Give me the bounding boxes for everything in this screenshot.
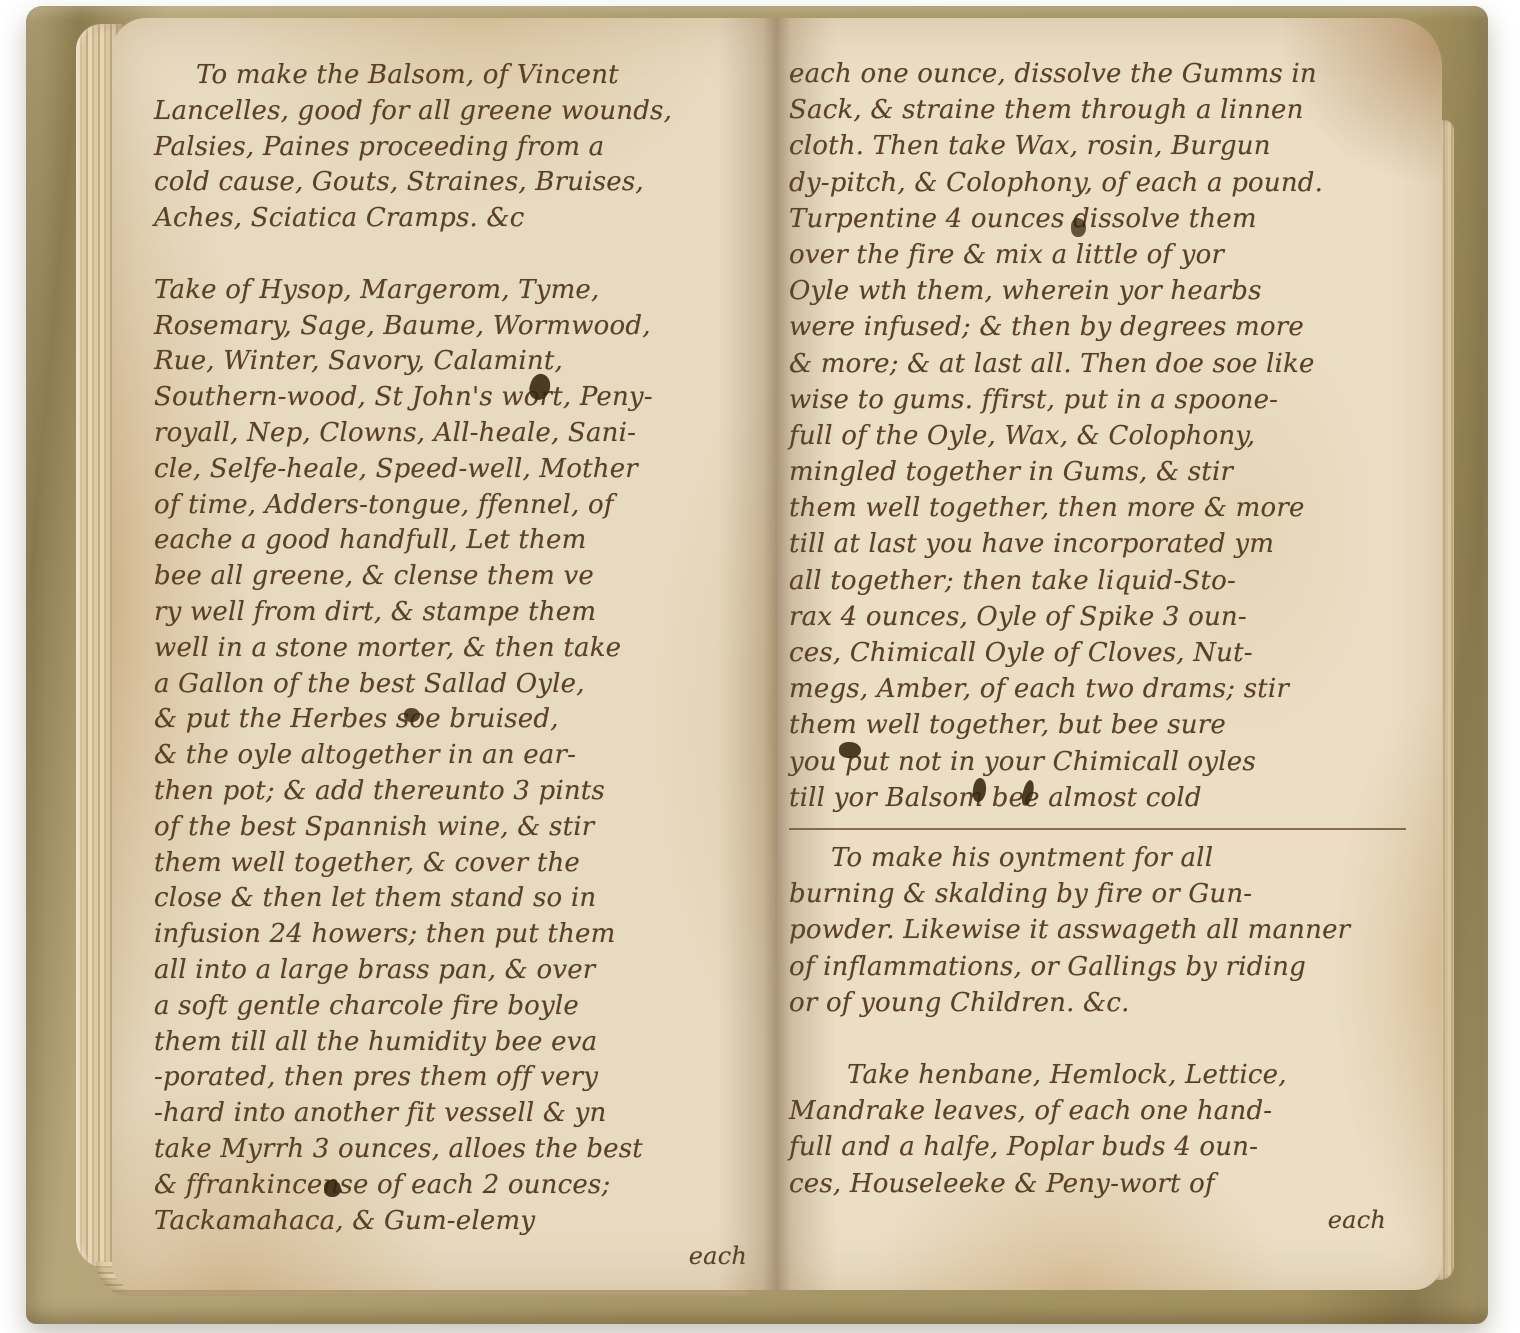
manuscript-line: you put not in your Chimicall oyles [789, 744, 1416, 780]
section-divider [789, 828, 1406, 830]
manuscript-line: ry well from dirt, & stampe them [154, 595, 777, 631]
left-page-text: To make the Balsom, of Vincent Lancelles… [154, 58, 777, 1275]
catchword: each [789, 1202, 1416, 1238]
manuscript-line: dy-pitch, & Colophony, of each a pound. [789, 165, 1416, 201]
photo-background: To make the Balsom, of Vincent Lancelles… [0, 0, 1520, 1333]
manuscript-line: full and a halfe, Poplar buds 4 oun- [789, 1129, 1416, 1165]
manuscript-line: a soft gentle charcole fire boyle [154, 989, 777, 1025]
manuscript-line: till at last you have incorporated ym [789, 526, 1416, 562]
manuscript-line: Tackamahaca, & Gum-elemy [154, 1204, 777, 1240]
manuscript-line: cle, Selfe-heale, Speed-well, Mother [154, 452, 777, 488]
manuscript-line: mingled together in Gums, & stir [789, 454, 1416, 490]
manuscript-line: Sack, & straine them through a linnen [789, 92, 1416, 128]
ink-blot [1071, 218, 1086, 237]
manuscript-line: close & then let them stand so in [154, 881, 777, 917]
manuscript-line: all together; then take liquid-Sto- [789, 563, 1416, 599]
manuscript-line: were infused; & then by degrees more [789, 309, 1416, 345]
manuscript-line: eache a good handfull, Let them [154, 523, 777, 559]
ink-blot [404, 708, 420, 722]
manuscript-line: Take henbane, Hemlock, Lettice, [789, 1057, 1416, 1093]
recipe-heading-line: burning & skalding by fire or Gun- [789, 876, 1416, 912]
manuscript-line: Oyle wth them, wherein yor hearbs [789, 273, 1416, 309]
manuscript-line: ces, Chimicall Oyle of Cloves, Nut- [789, 635, 1416, 671]
manuscript-line: then pot; & add thereunto 3 pints [154, 774, 777, 810]
ink-blot [324, 1180, 341, 1197]
manuscript-line: Turpentine 4 ounces dissolve them [789, 201, 1416, 237]
manuscript-line: Rue, Winter, Savory, Calamint, [154, 344, 777, 380]
recipe-heading-line: Aches, Sciatica Cramps. &c [154, 201, 777, 237]
manuscript-line: full of the Oyle, Wax, & Colophony, [789, 418, 1416, 454]
manuscript-line: all into a large brass pan, & over [154, 953, 777, 989]
manuscript-line: well in a stone morter, & then take [154, 631, 777, 667]
manuscript-line: over the fire & mix a little of yor [789, 237, 1416, 273]
right-page-text: each one ounce, dissolve the Gumms in Sa… [789, 56, 1416, 1238]
manuscript-line: & put the Herbes soe bruised, [154, 702, 777, 738]
manuscript-line: infusion 24 howers; then put them [154, 917, 777, 953]
manuscript-line: each one ounce, dissolve the Gumms in [789, 56, 1416, 92]
blank-line [789, 1021, 1416, 1057]
manuscript-line: them well together, but bee sure [789, 707, 1416, 743]
manuscript-line: rax 4 ounces, Oyle of Spike 3 oun- [789, 599, 1416, 635]
manuscript-line: Rosemary, Sage, Baume, Wormwood, [154, 309, 777, 345]
manuscript-line: & more; & at last all. Then doe soe like [789, 346, 1416, 382]
catchword: each [154, 1239, 777, 1275]
recipe-heading-line: cold cause, Gouts, Straines, Bruises, [154, 165, 777, 201]
left-page: To make the Balsom, of Vincent Lancelles… [112, 18, 777, 1290]
manuscript-line: bee all greene, & clense them ve [154, 559, 777, 595]
ink-blot [839, 742, 861, 758]
recipe-heading-line: powder. Likewise it asswageth all manner [789, 912, 1416, 948]
manuscript-line: them till all the humidity bee eva [154, 1025, 777, 1061]
manuscript-line: Take of Hysop, Margerom, Tyme, [154, 273, 777, 309]
recipe-heading-line: To make his oyntment for all [789, 840, 1416, 876]
manuscript-line: megs, Amber, of each two drams; stir [789, 671, 1416, 707]
manuscript-line: -hard into another fit vessell & yn [154, 1096, 777, 1132]
manuscript-line: take Myrrh 3 ounces, alloes the best [154, 1132, 777, 1168]
manuscript-line: wise to gums. ffirst, put in a spoone- [789, 382, 1416, 418]
manuscript-line: Mandrake leaves, of each one hand- [789, 1093, 1416, 1129]
manuscript-line: ces, Houseleeke & Peny-wort of [789, 1166, 1416, 1202]
recipe-heading-line: Palsies, Paines proceeding from a [154, 130, 777, 166]
blank-line [154, 237, 777, 273]
manuscript-line: -porated, then pres them off very [154, 1060, 777, 1096]
manuscript-line: of the best Spannish wine, & stir [154, 810, 777, 846]
recipe-heading-line: To make the Balsom, of Vincent [154, 58, 777, 94]
recipe-heading-line: Lancelles, good for all greene wounds, [154, 94, 777, 130]
recipe-heading-line: or of young Children. &c. [789, 985, 1416, 1021]
right-page: each one ounce, dissolve the Gumms in Sa… [777, 18, 1442, 1290]
manuscript-line: cloth. Then take Wax, rosin, Burgun [789, 128, 1416, 164]
manuscript-line: royall, Nep, Clowns, All-heale, Sani- [154, 416, 777, 452]
manuscript-line: till yor Balsom bee almost cold [789, 780, 1416, 816]
recipe-heading-line: of inflammations, or Gallings by riding [789, 949, 1416, 985]
manuscript-line: of time, Adders-tongue, ffennel, of [154, 488, 777, 524]
manuscript-line: & ffrankincense of each 2 ounces; [154, 1168, 777, 1204]
manuscript-line: them well together, & cover the [154, 846, 777, 882]
manuscript-line: & the oyle altogether in an ear- [154, 738, 777, 774]
manuscript-line: Southern-wood, St John's wort, Peny- [154, 380, 777, 416]
open-spread: To make the Balsom, of Vincent Lancelles… [112, 18, 1442, 1290]
manuscript-line: a Gallon of the best Sallad Oyle, [154, 667, 777, 703]
manuscript-line: them well together, then more & more [789, 490, 1416, 526]
